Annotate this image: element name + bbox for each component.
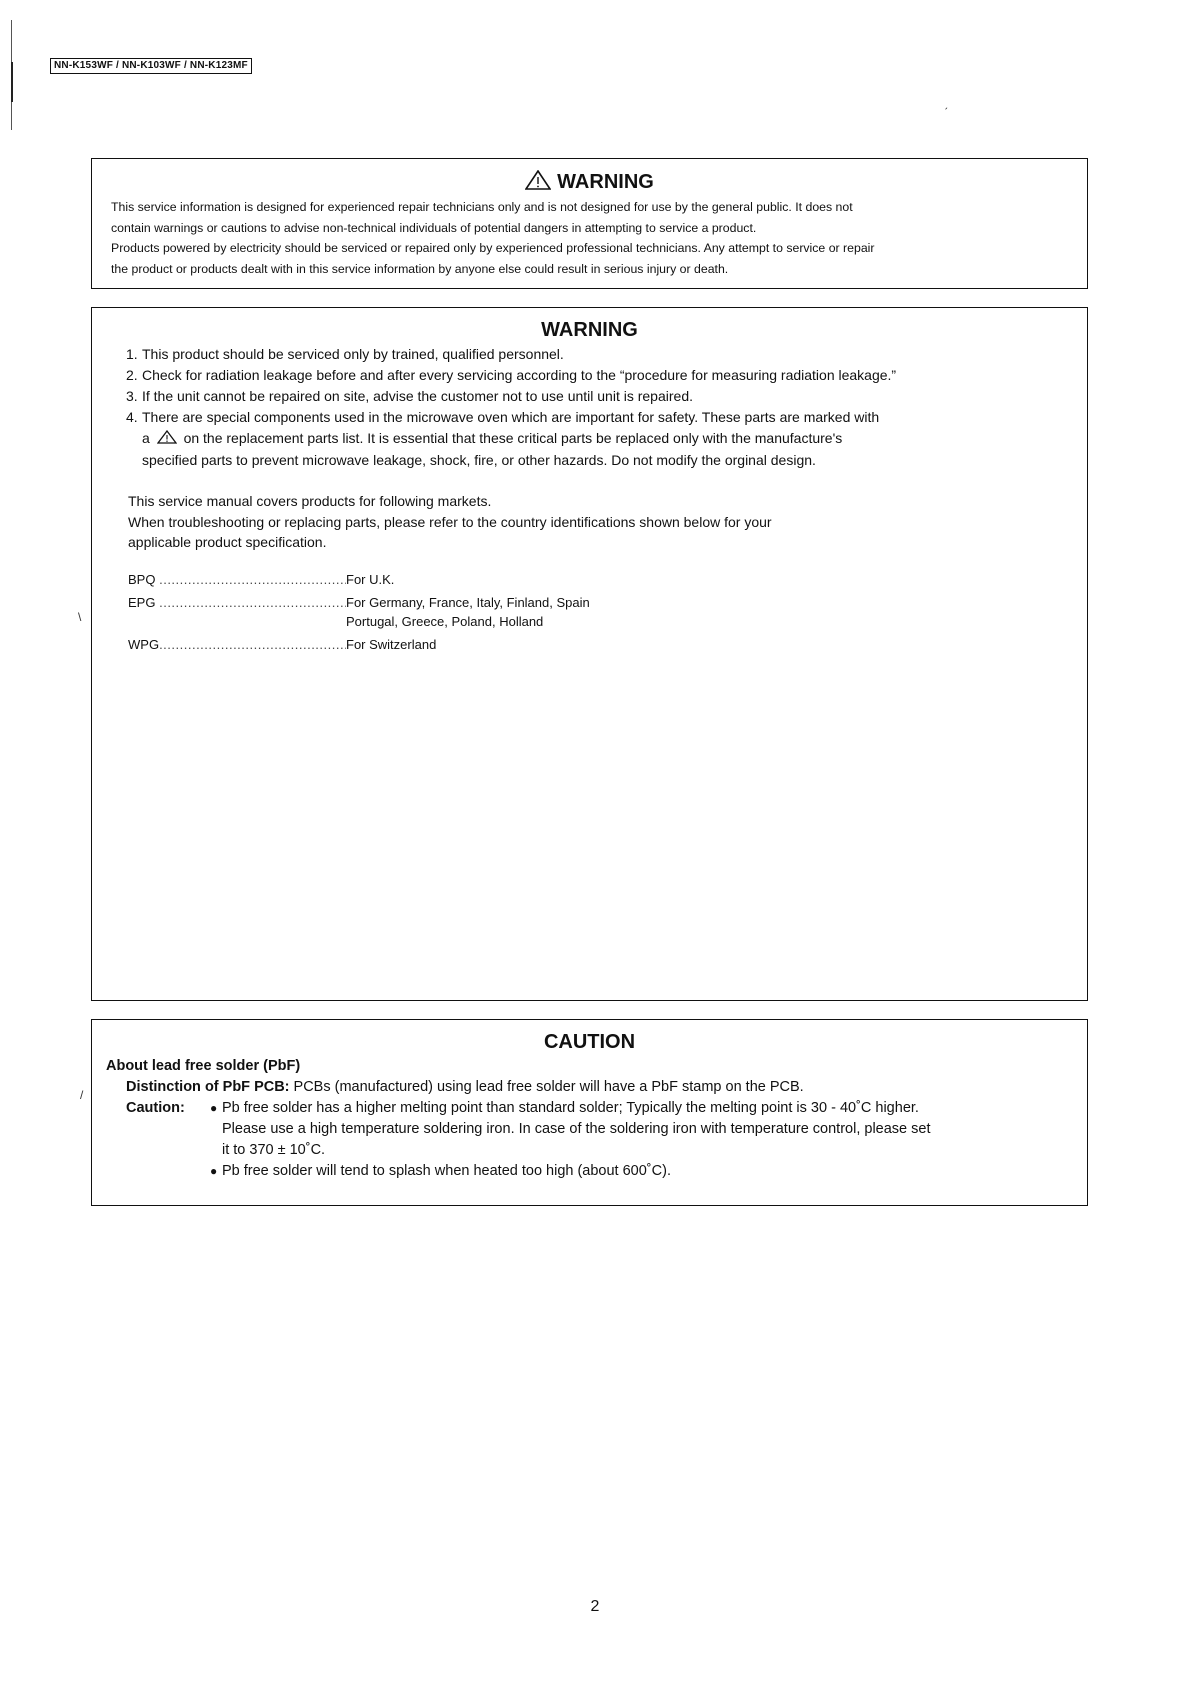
market-description: Portugal, Greece, Poland, Holland — [346, 613, 590, 632]
warning-list-item: 4. There are special components used in … — [126, 407, 1087, 471]
warning-line: Products powered by electricity should b… — [111, 238, 1073, 259]
warning-list-item: 1. This product should be serviced only … — [126, 344, 1087, 365]
item-text: If the unit cannot be repaired on site, … — [142, 388, 693, 404]
market-description: For U.K. — [346, 571, 394, 590]
dot-leader: ........................................… — [159, 637, 346, 652]
item-text: a on the replacement parts list. It is e… — [142, 428, 1087, 450]
warning-list-item: 2. Check for radiation leakage before an… — [126, 365, 1087, 386]
warning-triangle-icon — [525, 170, 551, 196]
caution-notes: Caution: ● Pb free solder has a higher m… — [106, 1098, 1087, 1182]
warning-2-title: WARNING — [92, 318, 1087, 342]
item-text: There are special components used in the… — [142, 407, 1087, 428]
dot-leader: ........................................… — [159, 595, 346, 610]
model-number-label: NN-K153WF / NN-K103WF / NN-K123MF — [50, 58, 252, 74]
market-code: WPG — [128, 637, 159, 652]
caution-box: CAUTION About lead free solder (PbF) Dis… — [91, 1019, 1088, 1206]
market-code-row: BPQ ....................................… — [128, 571, 1087, 590]
item-number: 1. — [126, 344, 138, 365]
bullet-line: it to 370 ± 10˚C. — [222, 1140, 930, 1161]
scan-artifact-mark — [11, 62, 13, 102]
service-warning-box: WARNING This service information is desi… — [91, 158, 1088, 289]
market-code-row: EPG ....................................… — [128, 594, 1087, 631]
markets-intro: This service manual covers products for … — [92, 491, 1087, 553]
market-code-row: WPG.....................................… — [128, 636, 1087, 655]
item-text-post: on the replacement parts list. It is ess… — [184, 430, 843, 446]
market-description: For Germany, France, Italy, Finland, Spa… — [346, 594, 590, 613]
warning-line: This service information is designed for… — [111, 197, 1073, 218]
item-number: 2. — [126, 365, 138, 386]
caution-bullet: ● Pb free solder will tend to splash whe… — [210, 1161, 930, 1182]
warning-title-text: WARNING — [557, 171, 654, 193]
markets-intro-line: When troubleshooting or replacing parts,… — [128, 512, 1087, 533]
caution-label: Caution: — [126, 1098, 210, 1182]
distinction-label: Distinction of PbF PCB: — [126, 1079, 290, 1095]
warning-line: the product or products dealt with in th… — [111, 259, 1073, 280]
item-text-pre: a — [142, 430, 150, 446]
page-number: 2 — [0, 1598, 1190, 1616]
scan-artifact-tick: \ — [78, 610, 81, 624]
warning-list-item: 3. If the unit cannot be repaired on sit… — [126, 386, 1087, 407]
item-number: 4. — [126, 407, 138, 428]
scan-artifact-slash: / — [80, 1088, 83, 1102]
item-text: Check for radiation leakage before and a… — [142, 367, 896, 383]
caution-title: CAUTION — [92, 1030, 1087, 1054]
distinction-text: PCBs (manufactured) using lead free sold… — [290, 1079, 804, 1095]
bullet-icon: ● — [210, 1161, 217, 1182]
item-number: 3. — [126, 386, 138, 407]
item-text: specified parts to prevent microwave lea… — [142, 450, 1087, 471]
warning-paragraph: This service information is designed for… — [92, 196, 1087, 279]
dot-leader: ........................................… — [159, 572, 346, 587]
market-code: BPQ — [128, 572, 155, 587]
markets-intro-line: applicable product specification. — [128, 532, 1087, 553]
caution-body: About lead free solder (PbF) Distinction… — [92, 1056, 1087, 1182]
bullet-icon: ● — [210, 1098, 217, 1119]
bullet-line: Pb free solder will tend to splash when … — [222, 1161, 930, 1182]
caution-bullet: ● Pb free solder has a higher melting po… — [210, 1098, 930, 1161]
market-code: EPG — [128, 595, 155, 610]
market-code-list: BPQ ....................................… — [92, 571, 1087, 655]
item-text: This product should be serviced only by … — [142, 346, 564, 362]
safety-warning-box: WARNING 1. This product should be servic… — [91, 307, 1088, 1001]
warning-line: contain warnings or cautions to advise n… — [111, 218, 1073, 239]
bullet-line: Please use a high temperature soldering … — [222, 1119, 930, 1140]
pbf-distinction: Distinction of PbF PCB: PCBs (manufactur… — [106, 1077, 1087, 1098]
caution-heading: About lead free solder (PbF) — [106, 1056, 1087, 1077]
caution-bullets: ● Pb free solder has a higher melting po… — [210, 1098, 930, 1182]
market-description: For Switzerland — [346, 636, 436, 655]
markets-intro-line: This service manual covers products for … — [128, 491, 1087, 512]
warning-title: WARNING — [92, 170, 1087, 196]
bullet-line: Pb free solder has a higher melting poin… — [222, 1098, 930, 1119]
warning-triangle-icon — [157, 429, 177, 450]
warning-list: 1. This product should be serviced only … — [92, 344, 1087, 471]
scan-artifact-speck: ˏ — [944, 96, 948, 110]
